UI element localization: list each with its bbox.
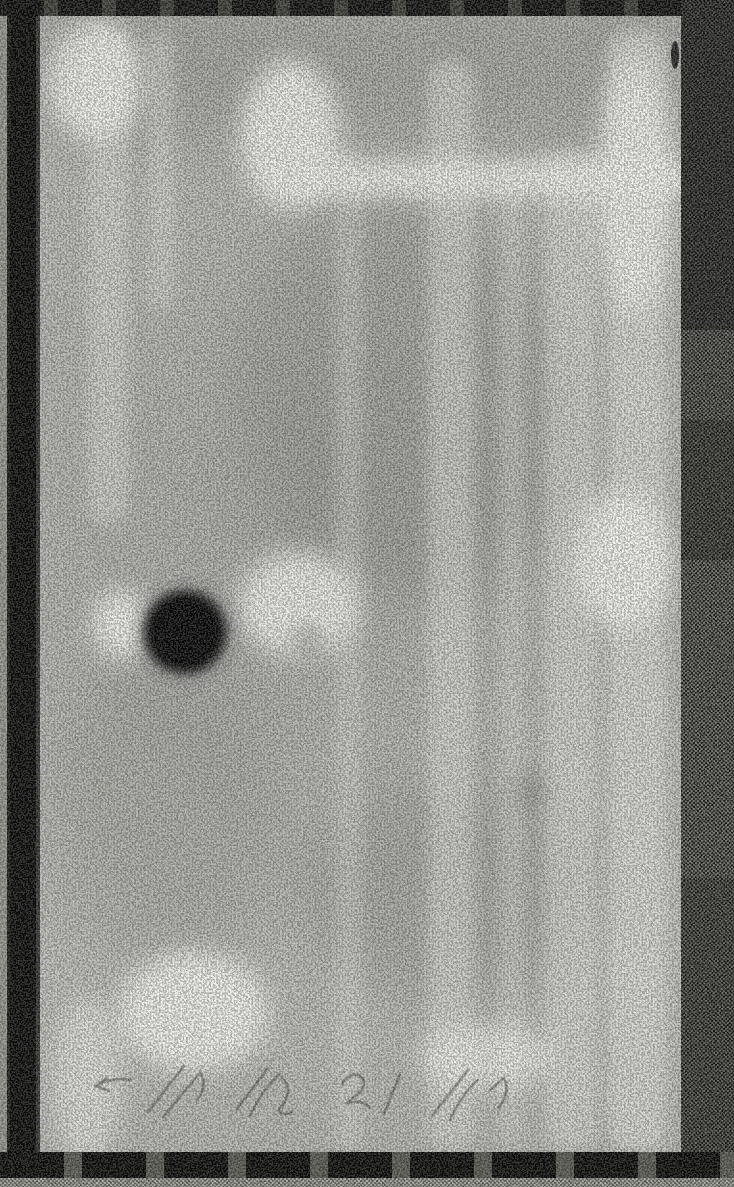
dither-hatch-texture — [0, 0, 734, 1187]
dark-shading-patch — [180, 152, 636, 644]
film-grain-light-texture — [0, 0, 734, 1187]
frame-edge-bottom — [0, 1152, 734, 1180]
film-grain-dark-texture — [0, 0, 734, 1187]
edge-fleck — [671, 41, 679, 69]
frame-edge-left — [0, 0, 40, 1187]
light-streak — [545, 150, 597, 1150]
dark-shading-patch — [54, 640, 279, 970]
frame-edge-top — [0, 0, 734, 16]
bright-blotch — [238, 552, 358, 657]
light-streak — [336, 150, 362, 1150]
faint-smudge — [503, 764, 557, 818]
bright-blotch — [118, 952, 268, 1072]
dark-spot-halo — [125, 572, 245, 692]
bright-blotch — [420, 1025, 555, 1090]
bright-blotch — [52, 1000, 122, 1165]
spots-layer — [0, 0, 734, 1187]
light-streak — [500, 160, 524, 1150]
scanned-photo — [0, 0, 734, 1187]
bright-blotch — [240, 60, 340, 210]
faint-smudge — [284, 617, 330, 663]
light-streak — [428, 60, 474, 1150]
pencil-marks-layer — [0, 0, 734, 1187]
light-streak — [148, 30, 174, 310]
bright-blotch — [598, 55, 670, 315]
dark-spot-core — [138, 585, 232, 679]
bright-blotch — [48, 22, 143, 142]
bright-blotch — [92, 590, 150, 660]
dark-shading-patch — [40, 14, 680, 139]
light-streak — [88, 25, 128, 525]
light-streak — [608, 30, 666, 1150]
dark-shading-patch — [298, 788, 598, 1003]
bright-blotch — [300, 160, 690, 198]
frame-edge-right — [681, 0, 734, 1187]
pencil-marks — [96, 1066, 506, 1120]
frame-edge-bottom-sliver — [0, 1178, 734, 1187]
frame-edge-right-shading — [681, 0, 734, 1187]
plate-surface — [0, 0, 734, 1187]
bright-blotch — [575, 490, 670, 630]
